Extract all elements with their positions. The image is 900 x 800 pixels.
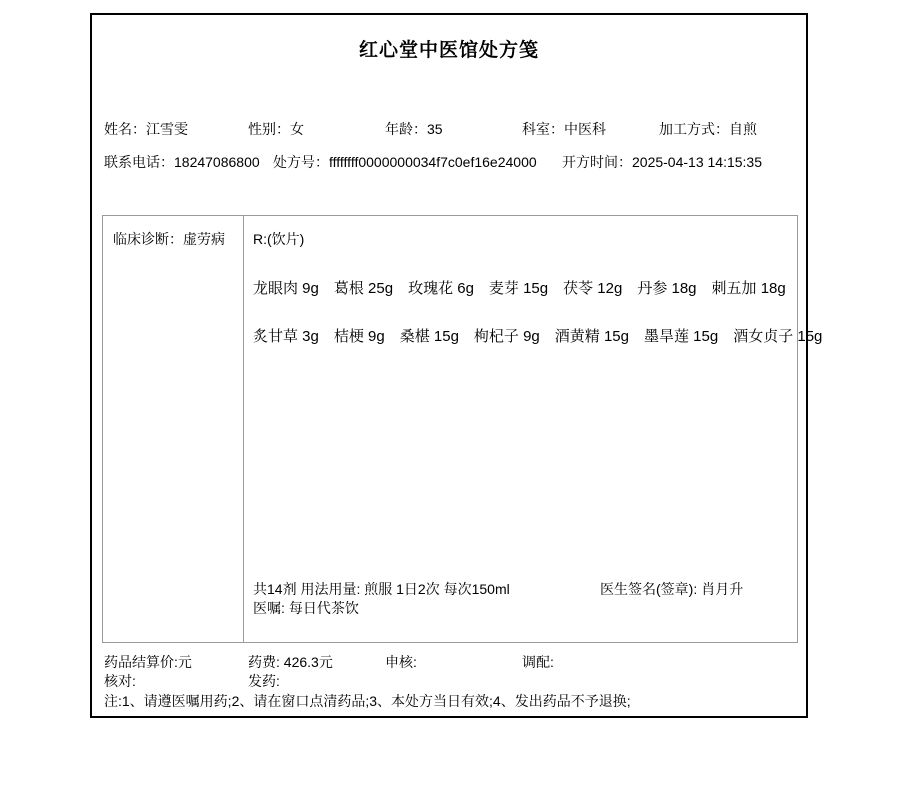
herb-item: 龙眼肉 9g [253,280,319,297]
column-divider [243,216,244,642]
rx-number-field: 处方号：ffffffff0000000034f7c0ef16e24000 [273,152,537,172]
dispense-field: 调配: [522,652,554,672]
herb-item: 桑椹 15g [400,328,459,345]
doctor-signature-field: 医生签名(签章):肖月升 [600,579,743,599]
patient-gender-value: 女 [290,121,304,137]
patient-gender-label: 性别： [248,121,290,137]
herb-item: 刺五加 18g [712,280,786,297]
herb-item: 玫瑰花 6g [408,280,474,297]
herb-item: 麦芽 15g [489,280,548,297]
prescription-box: 临床诊断：虚劳病 R:(饮片) 龙眼肉 9g葛根 25g玫瑰花 6g麦芽 15g… [102,215,798,643]
rx-number-label: 处方号： [273,154,329,170]
department-value: 中医科 [564,121,606,137]
processing-method-value: 自煎 [729,121,757,137]
department-label: 科室： [522,121,564,137]
diagnosis-value: 虚劳病 [183,231,225,247]
herb-item: 酒黄精 15g [555,328,629,345]
rx-header: R:(饮片) [253,229,304,249]
notes-line: 注:1、请遵医嘱用药;2、请在窗口点清药品;3、本处方当日有效;4、发出药品不予… [104,691,631,711]
issue-time-field: 开方时间：2025-04-13 14:15:35 [562,152,762,172]
check-field: 核对: [104,671,136,691]
phone-field: 联系电话：18247086800 [104,152,260,172]
prescription-sheet: 红心堂中医馆处方笺 姓名：江雪雯 性别：女 年龄：35 科室：中医科 加工方式：… [90,13,808,718]
phone-value: 18247086800 [174,154,260,170]
fee-field: 药费: 426.3元 [248,652,333,672]
patient-age-field: 年龄：35 [385,119,443,139]
herb-item: 茯苓 12g [563,280,622,297]
issue-drug-field: 发药: [248,671,280,691]
medical-advice-value: 每日代茶饮 [289,600,359,616]
herb-item: 桔梗 9g [334,328,385,345]
processing-method-label: 加工方式： [659,121,729,137]
processing-method-field: 加工方式：自煎 [659,119,757,139]
herb-item: 酒女贞子 15g [733,328,822,345]
doctor-signature-label: 医生签名(签章): [600,581,697,597]
diagnosis-label: 临床诊断： [113,231,183,247]
patient-age-label: 年龄： [385,121,427,137]
usage-line: 共14剂 用法用量: 煎服 1日2次 每次150ml [253,579,510,599]
settle-price-field: 药品结算价:元 [104,652,192,672]
patient-gender-field: 性别：女 [248,119,304,139]
review-field: 申核: [385,652,417,672]
herb-item: 炙甘草 3g [253,328,319,345]
diagnosis-field: 临床诊断：虚劳病 [113,229,235,249]
patient-name-label: 姓名： [104,121,146,137]
herb-line-1: 龙眼肉 9g葛根 25g玫瑰花 6g麦芽 15g茯苓 12g丹参 18g刺五加 … [253,277,801,298]
herb-item: 墨旱莲 15g [644,328,718,345]
patient-name-value: 江雪雯 [146,121,188,137]
page-title: 红心堂中医馆处方笺 [92,35,806,62]
issue-time-value: 2025-04-13 14:15:35 [632,154,762,170]
herb-item: 丹参 18g [637,280,696,297]
doctor-signature-value: 肖月升 [701,581,743,597]
herb-item: 枸杞子 9g [474,328,540,345]
medical-advice-label: 医嘱: [253,600,285,616]
department-field: 科室：中医科 [522,119,606,139]
phone-label: 联系电话： [104,154,174,170]
medical-advice-field: 医嘱:每日代茶饮 [253,598,359,618]
issue-time-label: 开方时间： [562,154,632,170]
herb-item: 葛根 25g [334,280,393,297]
herb-line-2: 炙甘草 3g桔梗 9g桑椹 15g枸杞子 9g酒黄精 15g墨旱莲 15g酒女贞… [253,325,837,346]
patient-name-field: 姓名：江雪雯 [104,119,188,139]
patient-age-value: 35 [427,121,443,137]
rx-number-value: ffffffff0000000034f7c0ef16e24000 [329,154,537,170]
